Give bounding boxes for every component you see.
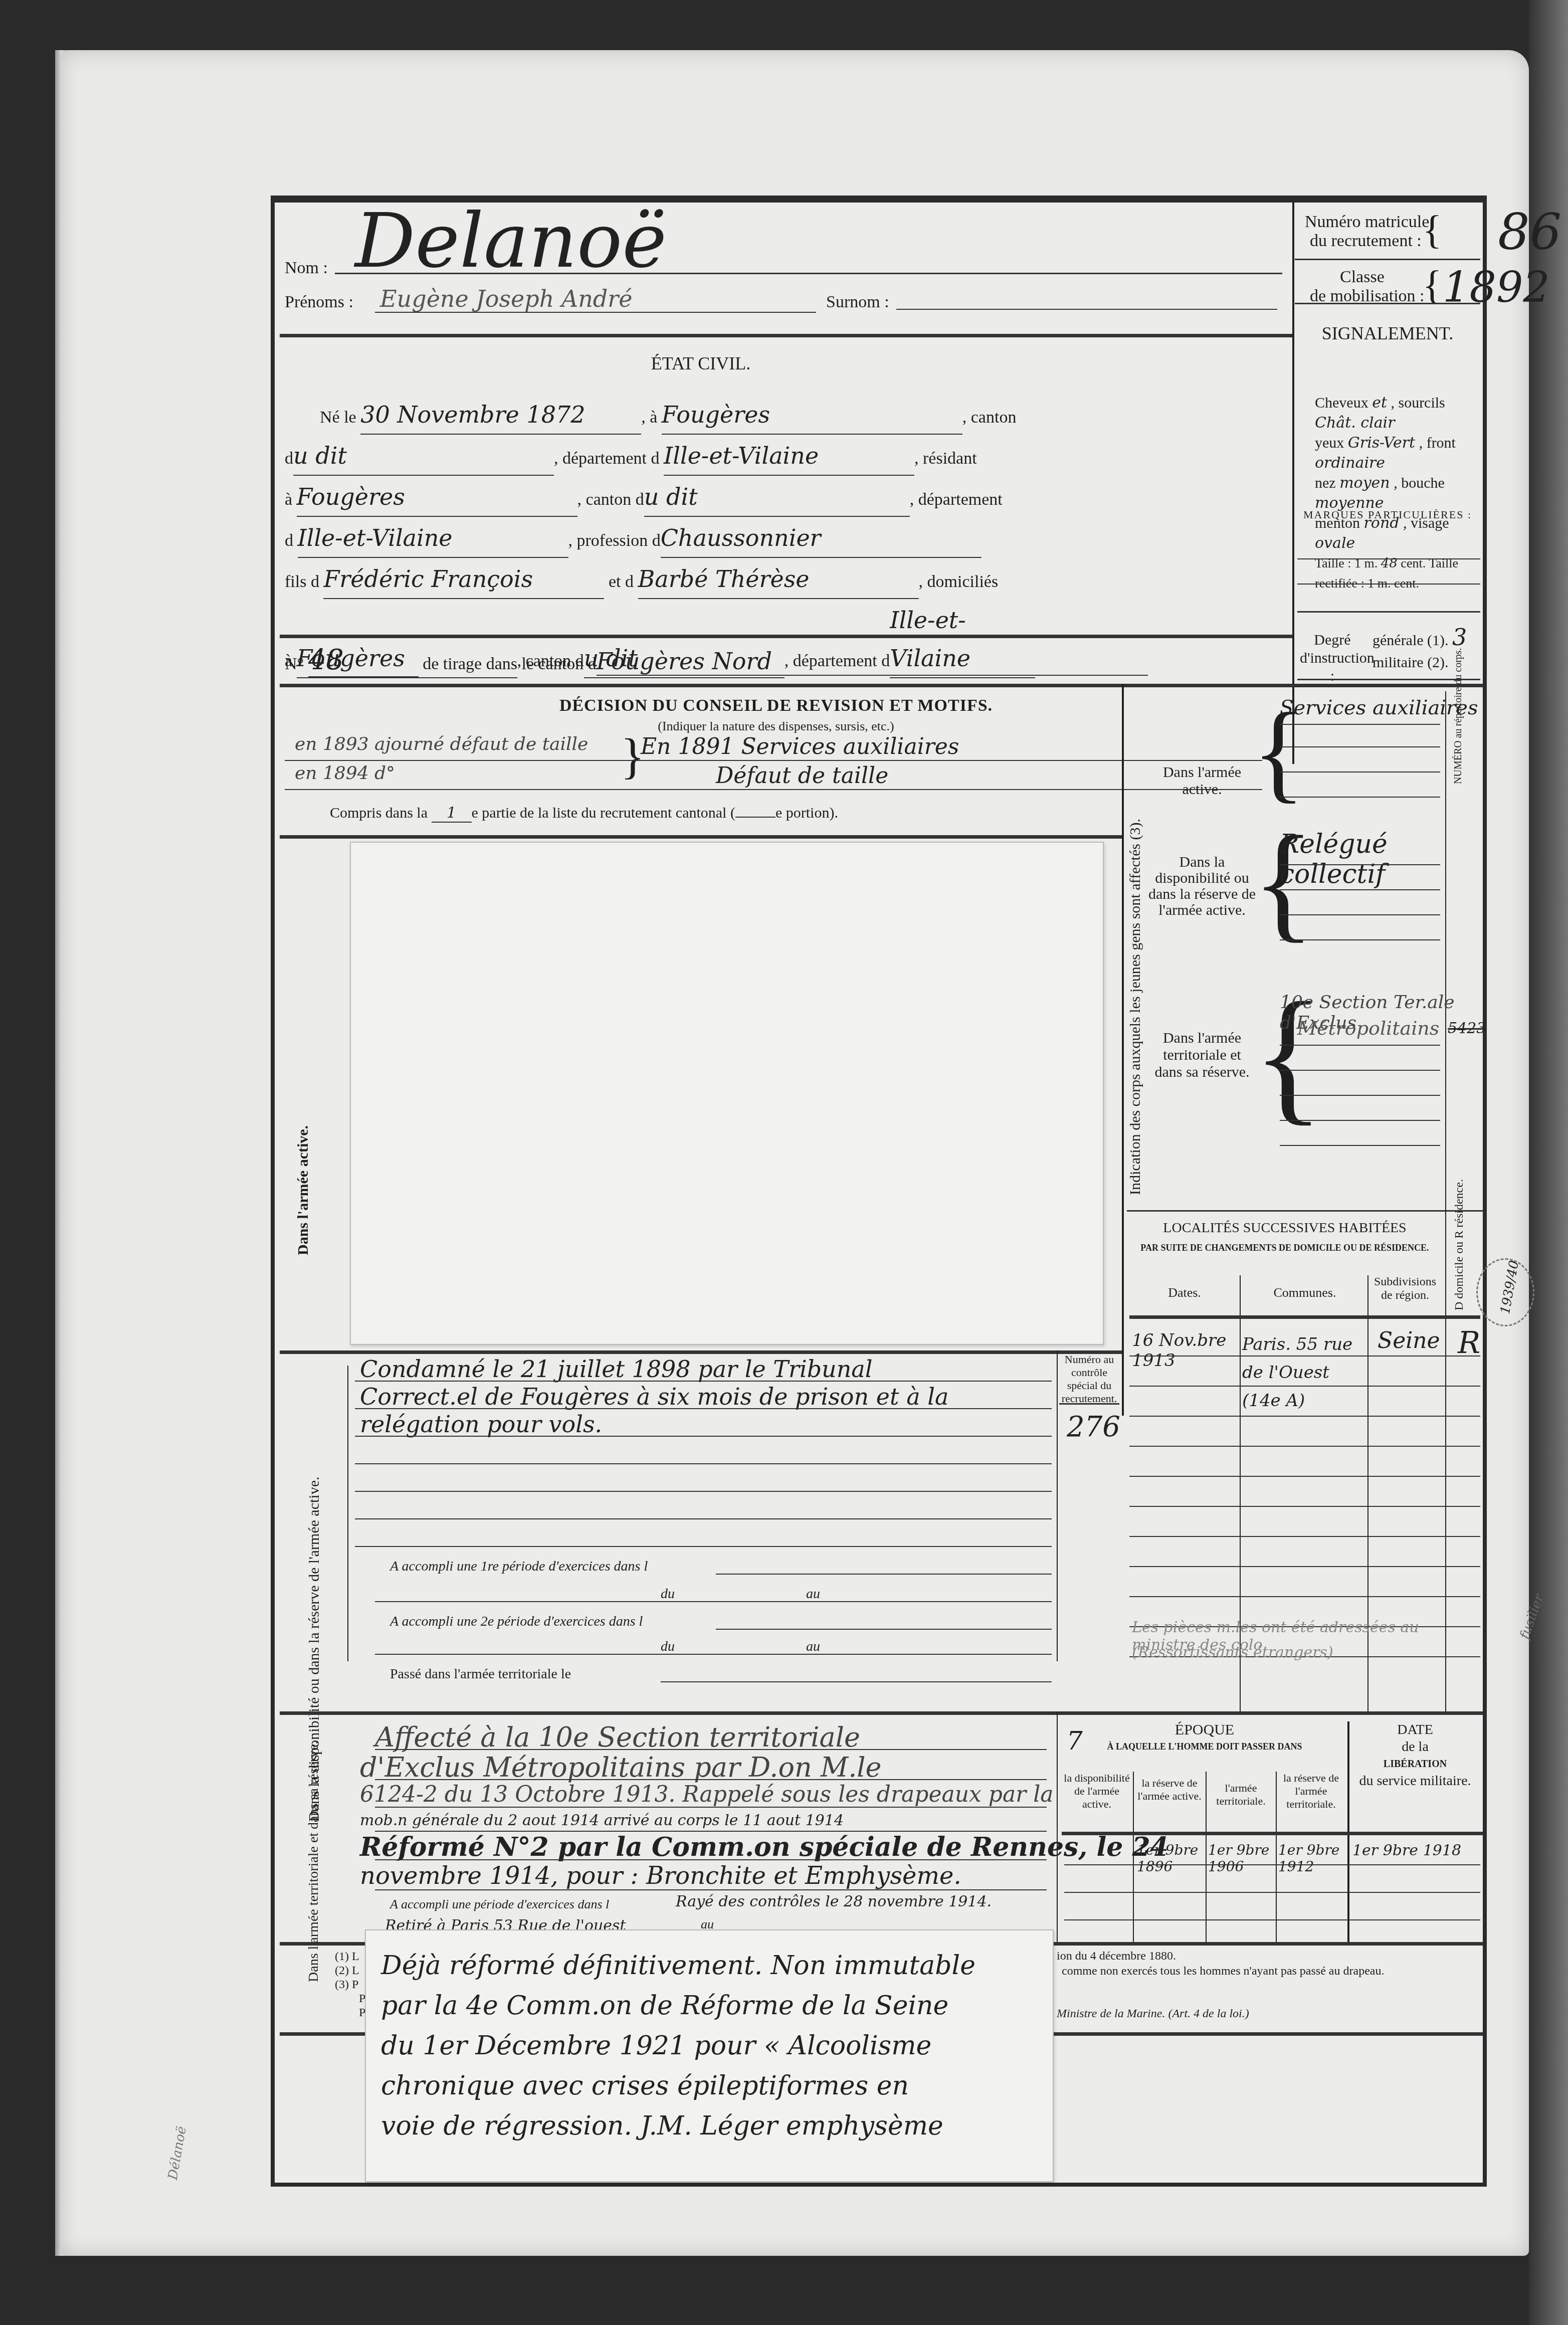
signalement-fields: Cheveux et , sourcils Chât. clair yeux G… [1315,393,1480,594]
ruled-line [1280,724,1440,725]
brace-icon: { [1423,208,1442,253]
epoque-col2: la réserve de l'armée active. [1134,1777,1205,1803]
column-divider [1292,203,1294,764]
decision-line2-left: en 1894 d° [295,763,395,784]
active-army-divider [280,1350,1122,1354]
affectation-left-border [1122,684,1124,1416]
tirage-no-label: N° [285,655,304,673]
residant-value: Fougères [297,478,577,517]
pasted-note-line1: Déjà réformé définitivement. Non immutab… [381,1946,975,1986]
localites-col-dates: Dates. [1132,1285,1237,1300]
tirage-label: de tirage dans le canton d [423,655,596,673]
decision-line-2 [285,789,1262,790]
compris-row: Compris dans la 1e partie de la liste du… [330,804,838,823]
numero-matricule-value: 867 [1498,203,1568,261]
cheveux-label: Cheveux [1315,395,1368,411]
ruled-line [355,1518,1052,1519]
epoque-subtitle: À LAQUELLE L'HOMME DOIT PASSER DANS [1062,1741,1347,1752]
column-line [1206,1772,1207,1942]
ruled-line [661,1681,1052,1682]
du-label-2: du [661,1639,675,1655]
footnote-numbers: (1) L (2) L (3) P P P [335,1950,365,2020]
territoriale-periode-value: Rayé des contrôles le 28 novembre 1914. [676,1893,992,1910]
decision-divider [280,835,1122,839]
numero-controle-divider [1059,1403,1119,1405]
affectation-active-label: Dans l'armée active. [1152,764,1252,798]
etat-civil-title: ÉTAT CIVIL. [575,353,826,374]
ruled-line [375,1779,1047,1780]
ruled-line [375,1859,1047,1860]
pasted-note-line5: voie de régression. J.M. Léger emphysème [381,2106,975,2146]
footnote-2-end: comme non exercés tous les hommes n'ayan… [1062,1965,1384,1978]
tirage-divider [280,684,1483,687]
footnote-3-num: (3) [335,1978,349,1991]
departement2-label: , département [910,490,1003,509]
decision-line1-left: en 1893 ajourné défaut de taille [295,734,588,754]
decision-line2-right: Défaut de taille [716,763,888,789]
ruled-line [355,1381,1052,1382]
column-line [1057,1711,1058,1942]
signalement-title: SIGNALEMENT. [1295,323,1480,344]
ruled-line [1129,1596,1480,1597]
classe-label-1: Classe [1340,268,1385,287]
ne-le-value: 30 Novembre 1872 [360,396,641,435]
marques-line-2 [1297,584,1480,585]
numero-matricule-label-2: du recrutement : [1310,232,1422,251]
au-label-1: au [806,1586,820,1602]
departement-value: Ille-et-Vilaine [664,437,914,476]
generale-label: générale (1). [1373,632,1449,649]
ruled-line [1280,1070,1440,1071]
liberation-header: DATE de la LIBÉRATION du service militai… [1350,1721,1480,1790]
domicilies-label: , domiciliés [919,572,999,591]
localites-subtitle: PAR SUITE DE CHANGEMENTS DE DOMICILE OU … [1127,1243,1443,1253]
localites-title: LOCALITÉS SUCCESSIVES HABITÉES [1127,1220,1443,1236]
et-de-label: et d [609,572,634,591]
column-line [1276,1772,1277,1942]
ruled-line [355,1436,1052,1437]
cheveux-value: et [1372,394,1387,412]
ruled-line [1280,1145,1440,1146]
epoque-header-divider [1062,1832,1483,1835]
surnom-label: Surnom : [826,293,889,312]
prenoms-label: Prénoms : [285,293,353,312]
pasted-note-text: Déjà réformé définitivement. Non immutab… [381,1946,975,2146]
footnote-3-prefix: P [352,1978,358,1991]
affectation-side-label: Indication des corps auxquels les jeunes… [1127,744,1144,1195]
ruled-line [355,1463,1052,1464]
localites-row-subdivision: Seine [1378,1328,1440,1353]
sourcils-value: Chât. clair [1315,414,1395,432]
affectation-territoriale-value-2: Métropolitains [1297,1017,1439,1039]
canton2-value: u dit [644,478,910,517]
ruled-line [1280,914,1440,915]
nez-label: nez [1315,475,1336,491]
ruled-line [355,1408,1052,1409]
localites-top [1127,1210,1483,1212]
nom-value: Delanoë [355,198,667,285]
canton-label: , canton [962,408,1017,427]
epoque-value-reserve-territoriale: 1er 9bre 1912 [1278,1842,1346,1875]
epoque-title: ÉPOQUE [1062,1721,1347,1738]
territoriale-line6: novembre 1914, pour : Bronchite et Emphy… [360,1862,961,1890]
prenoms-value: Eugène Joseph André [380,285,633,312]
mere-value: Barbé Thérèse [638,560,919,599]
footnote-2-num: (2) [335,1964,349,1977]
nez-value: moyen [1339,474,1390,492]
ruled-line [1064,1919,1480,1920]
militaire-label: militaire (2). [1373,654,1449,671]
territoriale-line3: 6124-2 du 13 Octobre 1913. Rappelé sous … [360,1782,1054,1807]
epoque-value-reserve-active: 1er 9bre 1896 [1137,1842,1205,1875]
localites-header-divider [1129,1315,1480,1319]
numero-controle-value: 276 [1067,1411,1120,1443]
matricule-form: Nom : Delanoë Prénoms : Eugène Joseph An… [271,196,1487,2187]
column-line [1133,1772,1134,1942]
tirage-no-value: 48 [308,644,419,677]
territoriale-side-label: Dans l'armée territoriale et dans sa rés… [305,1757,323,1982]
fils-de-label: fils d [285,572,319,591]
periode1-label: A accompli une 1re période d'exercices d… [390,1559,648,1575]
epoque-col1: la disponibilité de l'armée active. [1062,1772,1132,1811]
header-divider [280,334,1292,337]
ruled-line [1129,1506,1480,1507]
ruled-line [1280,797,1440,798]
a-label: , à [641,408,657,427]
ruled-line [1280,1045,1440,1046]
ruled-line [1129,1386,1480,1387]
ruled-line [375,1889,1047,1890]
book-gutter-shadow [1529,0,1568,2325]
ruled-line [1064,1892,1480,1893]
disponibilite-divider [280,1711,1483,1715]
residant-label: , résidant [914,449,977,468]
territoriale-line2: d'Exclus Métropolitains par D.on M.le [360,1752,882,1783]
portion-label: e portion). [775,805,838,821]
nom-label: Nom : [285,259,328,278]
affectation-territoriale-numero: 5423 [1448,1020,1486,1037]
au-label-2: au [806,1639,820,1655]
residant-a-label: à [285,490,292,509]
localites-col-dr: D domicile ou R résidence. [1453,1220,1466,1310]
decision-title: DÉCISION DU CONSEIL DE REVISION ET MOTIF… [350,696,1202,715]
front-value: ordinaire [1315,454,1385,472]
ruled-line [1129,1536,1480,1537]
ruled-line [355,1491,1052,1492]
affectation-territoriale-label: Dans l'armée territoriale et dans sa rés… [1149,1030,1255,1081]
disponibilite-note-line1: Condamné le 21 juillet 1898 par le Tribu… [360,1355,873,1383]
ruled-line [1129,1416,1480,1417]
instruction-label: Degré d'instruction : [1300,631,1365,685]
pasted-note-line4: chronique avec crises épileptiformes en [381,2066,975,2106]
ruled-line [1280,889,1440,890]
footnote-3-end: Ministre de la Marine. (Art. 4 de la loi… [1057,2007,1249,2021]
territoriale-periode-label: A accompli une période d'exercices dans … [390,1897,609,1912]
decision-line-1 [285,760,1262,761]
pasted-note-line2: par la 4e Comm.on de Réforme de la Seine [381,1986,975,2026]
brace-icon: { [1423,263,1442,308]
blank-paper-patch [350,842,1104,1345]
departement2-value: Ille-et-Vilaine [298,519,568,558]
classe-value: 1892 [1443,263,1550,312]
yeux-value: Gris-Vert [1348,434,1415,452]
ruled-line [1280,771,1440,772]
ruled-line [1280,746,1440,747]
marques-line-1 [1297,558,1480,559]
ruled-line [1280,1120,1440,1121]
sourcils-label: , sourcils [1391,395,1445,411]
ruled-line [1129,1355,1480,1357]
ruled-line [1129,1446,1480,1447]
ruled-line [1129,1476,1480,1477]
territoriale-line5: Réformé N°2 par la Comm.on spéciale de R… [360,1832,1168,1862]
d-label: d [285,449,293,468]
prenoms-line [375,312,816,313]
stamp-text: 1939/40 [1498,1259,1522,1315]
ruled-line [716,1629,1052,1630]
numero-matricule-label-1: Numéro matricule [1305,213,1429,232]
ruled-line [375,1749,1047,1750]
ruled-line [375,1831,1047,1832]
birth-place-value: Fougères [662,396,962,435]
territoriale-line1: Affecté à la 10e Section territoriale [375,1721,860,1753]
localites-pencil-note-2: (Ressortissants étrangers) [1132,1644,1333,1661]
disponibilite-note-line3: relégation pour vols. [360,1411,602,1438]
localites-row-commune: Paris. 55 rue de l'Ouest (14e A) [1242,1330,1367,1415]
affectation-dispo-value: Relégué collectif [1280,829,1483,889]
du-label-1: du [661,1586,675,1602]
marques-divider [1297,611,1480,613]
official-stamp: 1939/40 [1476,1258,1534,1326]
pere-value: Frédéric François [323,560,604,599]
surnom-line [896,309,1277,310]
liberation-value: 1er 9bre 1918 [1352,1842,1478,1859]
numero-controle-header: Numéro au contrôle spécial du recrutemen… [1059,1353,1119,1405]
localites-col-subdivisions: Subdivisions de région. [1367,1275,1443,1302]
passe-territoriale-label: Passé dans l'armée territoriale le [390,1666,571,1682]
canton2-label: , canton d [577,490,644,509]
bouche-label: , bouche [1394,475,1445,491]
brace-line [347,1366,348,1661]
profession-value: Chaussonnier [661,519,982,558]
ruled-line [355,1546,1052,1547]
ruled-line [375,1654,1052,1655]
pasted-note-slip: Déjà réformé définitivement. Non immutab… [365,1929,1054,2182]
matricule-divider [1295,259,1480,260]
etat-civil-divider [280,635,1292,638]
front-label: , front [1419,435,1456,451]
active-army-side-label: Dans l'armée active. [295,1055,312,1255]
numero-controle-column [1057,1350,1058,1661]
territoriale-line4: mob.n générale du 2 aout 1914 arrivé au … [360,1812,844,1829]
classe-divider [1295,303,1480,304]
footnote-1-end: ion du 4 décembre 1880. [1057,1950,1176,1963]
liberation-sub3: du service militaire. [1350,1773,1480,1790]
canton-value: u dit [293,437,554,476]
nom-line [335,273,1282,274]
footnote-1-num: (1) [335,1950,349,1963]
generale-value: 3 [1452,624,1467,651]
ruled-line [1280,864,1440,865]
ruled-line [1129,1566,1480,1567]
footnote-2-prefix: L [352,1964,359,1977]
departement-label: , département d [554,449,660,468]
periode2-label: A accompli une 2e période d'exercices da… [390,1614,643,1630]
decision-subtitle: (Indiquer la nature des dispenses, sursi… [350,719,1202,734]
partie-label: e partie de la liste du recrutement cant… [472,805,735,821]
ruled-line [1280,939,1440,940]
tirage-row: N° 48 de tirage dans le canton dFougères… [285,644,1148,677]
footnote-1-prefix: L [352,1950,359,1963]
epoque-col4: la réserve de l'armée territoriale. [1277,1772,1345,1811]
compris-value: 1 [432,804,472,823]
profession-label: , profession d [568,531,661,550]
pasted-note-line3: du 1er Décembre 1921 pour « Alcoolisme [381,2026,975,2066]
ruled-line [375,1601,1052,1602]
ne-le-label: Né le [320,408,356,427]
tirage-canton-value: Fougères Nord [597,648,1148,676]
affectation-active-value: Services auxiliaires [1280,696,1478,719]
affectation-dispo-label: Dans la disponibilité ou dans la réserve… [1147,854,1257,918]
compris-label: Compris dans la [330,805,428,821]
localites-col-communes: Communes. [1242,1285,1367,1300]
epoque-value-territoriale: 1er 9bre 1906 [1208,1842,1276,1875]
disponibilite-note-line2: Correct.el de Fougères à six mois de pri… [360,1383,948,1410]
liberation-sub1: de la [1350,1738,1480,1756]
liberation-title: DATE [1350,1721,1480,1738]
epoque-col3: l'armée territoriale. [1207,1782,1275,1808]
liberation-sub2: LIBÉRATION [1350,1756,1480,1773]
ruled-line [375,1807,1047,1808]
yeux-label: yeux [1315,435,1344,451]
decision-line1-right: En 1891 Services auxiliaires [641,734,959,759]
ruled-line [1280,1095,1440,1096]
instruction-label-1: Degré [1300,631,1365,649]
ruled-line [1064,1864,1480,1865]
departement2-d-label: d [285,531,293,550]
marques-particulieres-title: MARQUES PARTICULIÈRES : [1295,508,1480,521]
visage-value: ovale [1315,534,1355,552]
localites-row-date: 16 Nov.bre 1913 [1132,1330,1240,1371]
ruled-line [716,1574,1052,1575]
